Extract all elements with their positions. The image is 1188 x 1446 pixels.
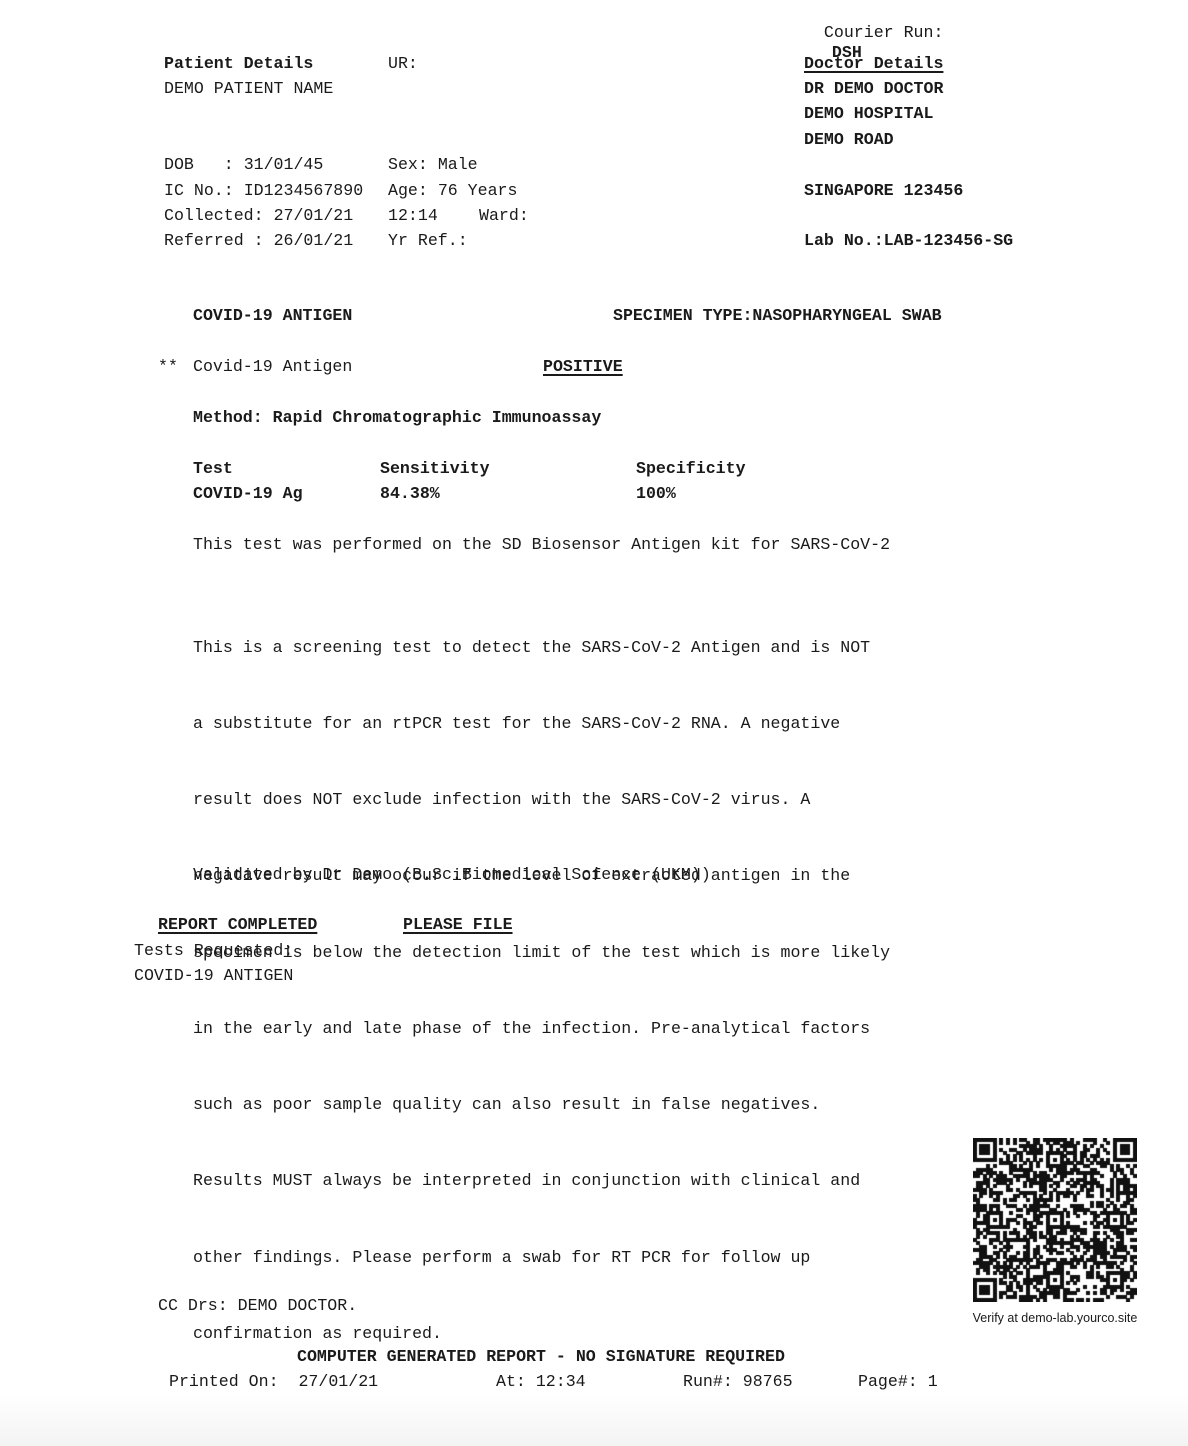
run-label: Run#:: [683, 1372, 733, 1391]
referred-date: 26/01/21: [274, 231, 354, 250]
patient-details-heading: Patient Details: [164, 54, 313, 74]
ic-value: ID1234567890: [244, 181, 364, 200]
printed-on-label: Printed On:: [169, 1372, 279, 1391]
report-completed-status: REPORT COMPLETED: [158, 915, 317, 935]
table-header-test: Test: [193, 459, 233, 479]
doctor-city: SINGAPORE 123456: [804, 181, 963, 201]
disclaimer-line: specimen is below the detection limit of…: [193, 940, 1033, 965]
kit-note: This test was performed on the SD Biosen…: [193, 535, 890, 555]
disclaimer-line: Results MUST always be interpreted in co…: [193, 1168, 1033, 1193]
dob-row: DOB : 31/01/45: [164, 155, 323, 175]
qr-verify-caption: Verify at demo-lab.yourco.site: [955, 1311, 1155, 1325]
printed-on: Printed On: 27/01/21: [169, 1372, 378, 1392]
printed-at: At: 12:34: [496, 1372, 586, 1392]
test-title: COVID-19 ANTIGEN: [193, 306, 352, 326]
at-label: At:: [496, 1372, 526, 1391]
specimen-type: SPECIMEN TYPE:NASOPHARYNGEAL SWAB: [613, 306, 942, 326]
disclaimer-line: confirmation as required.: [193, 1321, 1033, 1346]
sex-value: Male: [438, 155, 478, 174]
yr-ref-label: Yr Ref.:: [388, 231, 468, 251]
at-value: 12:34: [536, 1372, 586, 1391]
age-row: Age: 76 Years: [388, 181, 517, 201]
run-value: 98765: [743, 1372, 793, 1391]
computer-generated-notice: COMPUTER GENERATED REPORT - NO SIGNATURE…: [297, 1347, 785, 1367]
test-method: Method: Rapid Chromatographic Immunoassa…: [193, 408, 601, 428]
collected-date: 27/01/21: [274, 206, 354, 225]
ur-label: UR:: [388, 54, 418, 74]
page-number: Page#: 1: [858, 1372, 938, 1392]
doctor-hospital: DEMO HOSPITAL: [804, 104, 933, 124]
doctor-details-heading: Doctor Details: [804, 54, 943, 74]
disclaimer-line: such as poor sample quality can also res…: [193, 1092, 1033, 1117]
collected-time: 12:14: [388, 206, 438, 226]
sex-row: Sex: Male: [388, 155, 478, 175]
dob-label: DOB :: [164, 155, 234, 174]
result-value: POSITIVE: [543, 357, 623, 377]
tests-requested-value: COVID-19 ANTIGEN: [134, 966, 293, 986]
result-name: Covid-19 Antigen: [193, 357, 352, 377]
age-label: Age:: [388, 181, 428, 200]
dob-value: 31/01/45: [244, 155, 324, 174]
doctor-road: DEMO ROAD: [804, 130, 894, 150]
table-cell-test: COVID-19 Ag: [193, 484, 303, 504]
doctor-name: DR DEMO DOCTOR: [804, 79, 943, 99]
page-bottom-shadow: [0, 1394, 1188, 1446]
disclaimer-line: a substitute for an rtPCR test for the S…: [193, 711, 1033, 736]
abnormal-flag: **: [158, 357, 178, 377]
table-header-specificity: Specificity: [636, 459, 746, 479]
collected-row: Collected: 27/01/21: [164, 206, 353, 226]
page-value: 1: [928, 1372, 938, 1391]
table-cell-specificity: 100%: [636, 484, 676, 504]
run-number: Run#: 98765: [683, 1372, 793, 1392]
table-cell-sensitivity: 84.38%: [380, 484, 440, 504]
ic-label: IC No.:: [164, 181, 234, 200]
disclaimer-line: result does NOT exclude infection with t…: [193, 787, 1033, 812]
lab-number: Lab No.:LAB-123456-SG: [804, 231, 1013, 251]
referred-label: Referred :: [164, 231, 264, 250]
validated-by: Validated by Dr Demo (B.Sc.Biomedical Sc…: [193, 865, 711, 885]
verification-qr-code: [973, 1138, 1137, 1302]
ic-row: IC No.: ID1234567890: [164, 181, 363, 201]
lab-no-value: LAB-123456-SG: [884, 231, 1013, 250]
specimen-label: SPECIMEN TYPE:: [613, 306, 752, 325]
tests-requested-label: Tests Requested:: [134, 941, 293, 961]
ward-label: Ward:: [479, 206, 529, 226]
disclaimer-line: in the early and late phase of the infec…: [193, 1016, 1033, 1041]
printed-on-value: 27/01/21: [298, 1372, 378, 1391]
courier-run-label: Courier Run:: [824, 23, 944, 42]
age-value: 76 Years: [438, 181, 518, 200]
lab-no-label: Lab No.:: [804, 231, 884, 250]
disclaimer-line: This is a screening test to detect the S…: [193, 635, 1033, 660]
disclaimer-paragraph: This is a screening test to detect the S…: [193, 584, 1033, 1372]
cc-doctors: CC Drs: DEMO DOCTOR.: [158, 1296, 357, 1316]
please-file-status: PLEASE FILE: [403, 915, 513, 935]
patient-name: DEMO PATIENT NAME: [164, 79, 333, 99]
sex-label: Sex:: [388, 155, 428, 174]
specimen-value: NASOPHARYNGEAL SWAB: [752, 306, 941, 325]
table-header-sensitivity: Sensitivity: [380, 459, 490, 479]
collected-label: Collected:: [164, 206, 264, 225]
disclaimer-line: other findings. Please perform a swab fo…: [193, 1245, 1033, 1270]
page-label: Page#:: [858, 1372, 918, 1391]
referred-row: Referred : 26/01/21: [164, 231, 353, 251]
